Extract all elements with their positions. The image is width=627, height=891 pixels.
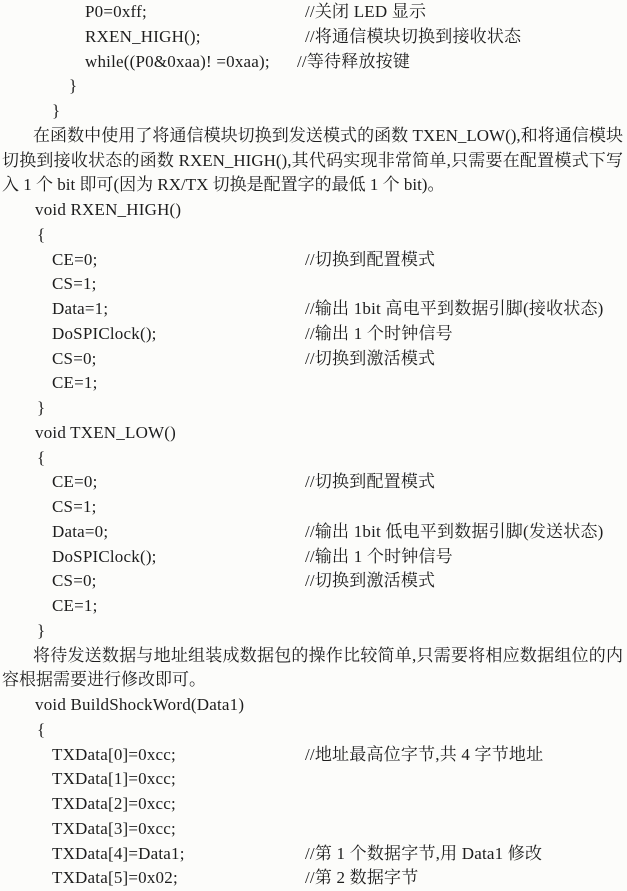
opening-brace: { (37, 720, 45, 739)
opening-brace: { (37, 448, 45, 467)
code-line: CE=1; (0, 594, 627, 619)
paragraph-line: 将待发送数据与地址组装成数据包的操作比较简单,只需要将相应数据组位的内 (0, 644, 627, 669)
comment-text: //切换到激活模式 (305, 347, 435, 372)
comment-text: //等待释放按键 (297, 50, 410, 75)
code-line: { (0, 718, 627, 743)
code-line: void RXEN_HIGH() (0, 198, 627, 223)
code-line: while((P0&0xaa)! =0xaa);//等待释放按键 (0, 50, 627, 75)
code-text: DoSPIClock(); (52, 324, 157, 343)
function-signature: void BuildShockWord(Data1) (35, 695, 244, 714)
code-line: { (0, 223, 627, 248)
code-line: { (0, 446, 627, 471)
closing-brace: } (37, 398, 45, 417)
code-line: CE=0;//切换到配置模式 (0, 248, 627, 273)
comment-text: //第 2 数据字节 (305, 866, 418, 891)
paragraph-line: 容根据需要进行修改即可。 (0, 668, 627, 693)
code-text: TXData[2]=0xcc; (52, 794, 176, 813)
function-signature: void TXEN_LOW() (35, 423, 176, 442)
paragraph-line: 在函数中使用了将通信模块切换到发送模式的函数 TXEN_LOW(),和将通信模块 (0, 124, 627, 149)
code-line: Data=0;//输出 1bit 低电平到数据引脚(发送状态) (0, 520, 627, 545)
code-line: CS=1; (0, 495, 627, 520)
code-text: P0=0xff; (85, 2, 147, 21)
comment-text: //切换到配置模式 (305, 248, 435, 273)
function-signature: void RXEN_HIGH() (35, 200, 181, 219)
comment-text: //输出 1bit 低电平到数据引脚(发送状态) (305, 520, 604, 545)
code-line: void TXEN_LOW() (0, 421, 627, 446)
code-line: TXData[5]=0x02;//第 2 数据字节 (0, 866, 627, 891)
code-line: } (0, 619, 627, 644)
code-text: TXData[5]=0x02; (52, 868, 178, 887)
code-line: Data=1;//输出 1bit 高电平到数据引脚(接收状态) (0, 297, 627, 322)
comment-text: //输出 1 个时钟信号 (305, 545, 453, 570)
code-line: void BuildShockWord(Data1) (0, 693, 627, 718)
code-line: TXData[3]=0xcc; (0, 817, 627, 842)
code-line: TXData[4]=Data1;//第 1 个数据字节,用 Data1 修改 (0, 842, 627, 867)
book-page: P0=0xff;//关闭 LED 显示 RXEN_HIGH();//将通信模块切… (0, 0, 627, 891)
closing-brace: } (37, 621, 45, 640)
code-text: Data=0; (52, 522, 108, 541)
code-line: CS=1; (0, 272, 627, 297)
code-line: } (0, 99, 627, 124)
code-line: CS=0;//切换到激活模式 (0, 569, 627, 594)
code-line: RXEN_HIGH();//将通信模块切换到接收状态 (0, 25, 627, 50)
code-text: CE=1; (52, 373, 98, 392)
comment-text: //切换到配置模式 (305, 470, 435, 495)
code-text: while((P0&0xaa)! =0xaa); (85, 52, 270, 71)
comment-text: //切换到激活模式 (305, 569, 435, 594)
comment-text: //关闭 LED 显示 (305, 0, 426, 25)
code-line: CE=0;//切换到配置模式 (0, 470, 627, 495)
comment-text: //输出 1 个时钟信号 (305, 322, 453, 347)
code-text: CS=1; (52, 274, 97, 293)
opening-brace: { (37, 225, 45, 244)
closing-brace: } (69, 76, 77, 95)
code-line: TXData[2]=0xcc; (0, 792, 627, 817)
comment-text: //第 1 个数据字节,用 Data1 修改 (305, 842, 542, 867)
code-line: DoSPIClock();//输出 1 个时钟信号 (0, 322, 627, 347)
closing-brace: } (52, 101, 60, 120)
comment-text: //地址最高位字节,共 4 字节地址 (305, 743, 543, 768)
code-line: TXData[0]=0xcc;//地址最高位字节,共 4 字节地址 (0, 743, 627, 768)
code-text: TXData[3]=0xcc; (52, 819, 176, 838)
code-line: CE=1; (0, 371, 627, 396)
code-text: TXData[4]=Data1; (52, 844, 185, 863)
paragraph-line: 入 1 个 bit 即可(因为 RX/TX 切换是配置字的最低 1 个 bit)… (0, 173, 627, 198)
code-text: TXData[1]=0xcc; (52, 769, 176, 788)
code-text: CE=0; (52, 472, 98, 491)
comment-text: //输出 1bit 高电平到数据引脚(接收状态) (305, 297, 604, 322)
code-text: CS=0; (52, 571, 97, 590)
code-line: TXData[1]=0xcc; (0, 767, 627, 792)
code-text: DoSPIClock(); (52, 547, 157, 566)
code-text: CS=1; (52, 497, 97, 516)
code-text: Data=1; (52, 299, 108, 318)
code-text: CS=0; (52, 349, 97, 368)
code-line: CS=0;//切换到激活模式 (0, 347, 627, 372)
code-line: } (0, 74, 627, 99)
comment-text: //将通信模块切换到接收状态 (305, 25, 521, 50)
code-text: RXEN_HIGH(); (85, 27, 201, 46)
code-text: TXData[0]=0xcc; (52, 745, 176, 764)
code-line: } (0, 396, 627, 421)
code-line: P0=0xff;//关闭 LED 显示 (0, 0, 627, 25)
code-text: CE=1; (52, 596, 98, 615)
paragraph-line: 切换到接收状态的函数 RXEN_HIGH(),其代码实现非常简单,只需要在配置模… (0, 149, 627, 174)
code-line: DoSPIClock();//输出 1 个时钟信号 (0, 545, 627, 570)
code-text: CE=0; (52, 250, 98, 269)
